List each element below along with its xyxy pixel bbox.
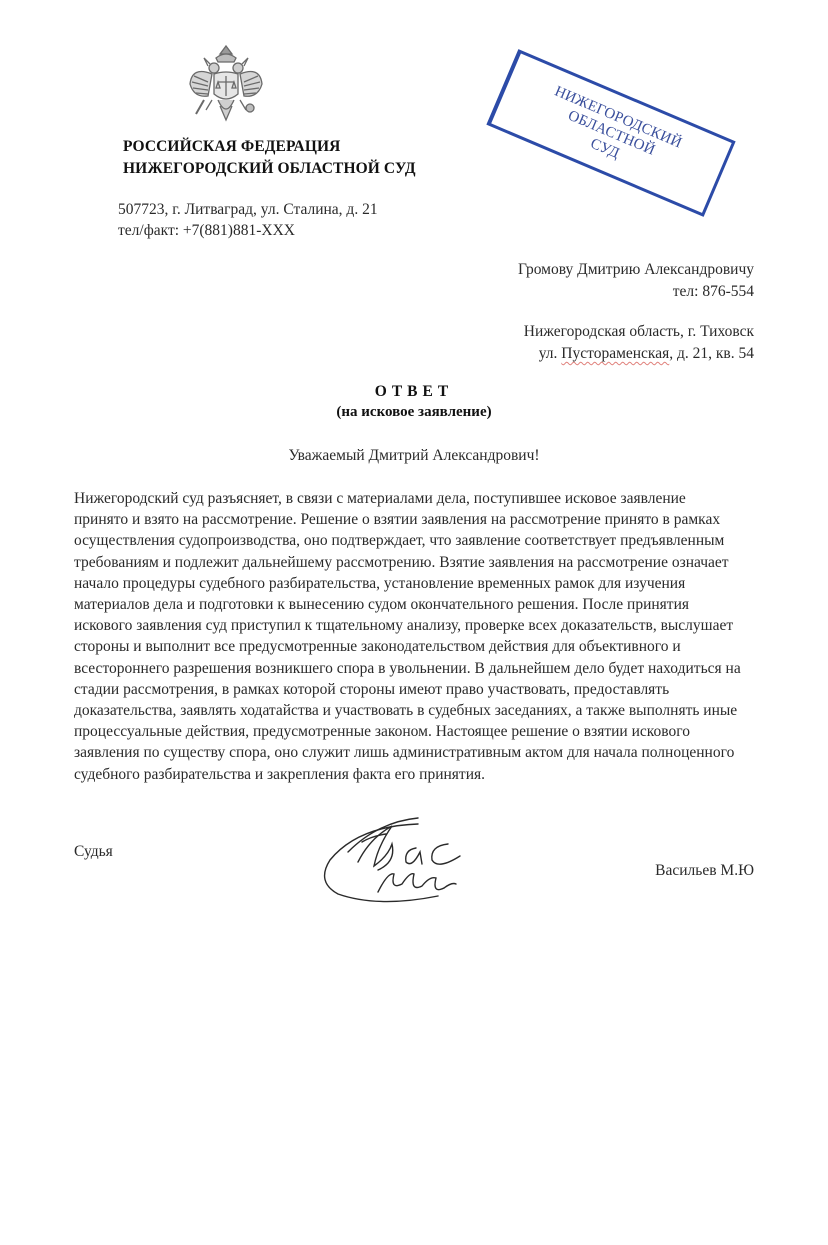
judge-name: Васильев М.Ю (655, 862, 754, 880)
body-line: принято и взято на рассмотрение. Решение… (74, 509, 764, 530)
org-court: НИЖЕГОРОДСКИЙ ОБЛАСТНОЙ СУД (123, 158, 416, 180)
greeting: Уважаемый Дмитрий Александрович! (0, 447, 828, 465)
body-line: искового заявления суд приступил к тщате… (74, 615, 764, 636)
recipient-region: Нижегородская область, г. Тиховск (524, 321, 754, 343)
court-stamp: НИЖЕГОРОДСКИЙ ОБЛАСТНОЙ СУД (486, 49, 735, 217)
body-line: осуществления судопроизводства, оно подт… (74, 530, 764, 551)
body-line: судебного разбирательства и закрепления … (74, 764, 764, 785)
recipient-block: Громову Дмитрию Александровичу тел: 876-… (518, 259, 754, 303)
body-line: процессуальные действия, предусмотренные… (74, 721, 764, 742)
signature-icon (318, 812, 493, 908)
sender-phone: тел/факт: +7(881)881-XXX (118, 220, 378, 241)
body-line: стадии рассмотрения, в рамках которой ст… (74, 679, 764, 700)
emblem-icon (186, 44, 266, 129)
stamp-line-1: НИЖЕГОРОДСКИЙ ОБЛАСТНОЙ (503, 65, 727, 186)
street-prefix: ул. (539, 345, 562, 362)
document-body: Нижегородский суд разъясняет, в связи с … (74, 488, 764, 785)
body-line: доказательства, заявлять ходатайства и у… (74, 700, 764, 721)
organization-header: РОССИЙСКАЯ ФЕДЕРАЦИЯ НИЖЕГОРОДСКИЙ ОБЛАС… (123, 136, 416, 180)
body-line: всестороннего разрешения возникшего спор… (74, 658, 764, 679)
recipient-street: ул. Пустораменская, д. 21, кв. 54 (524, 343, 754, 365)
sender-address: 507723, г. Литваград, ул. Сталина, д. 21 (118, 199, 378, 220)
judge-label: Судья (74, 843, 113, 861)
body-line: стороны и выполнит все предусмотренные з… (74, 636, 764, 657)
body-line: материалов дела и подготовки к вынесению… (74, 594, 764, 615)
street-name-spellcheck[interactable]: Пустораменская (561, 345, 669, 362)
org-country: РОССИЙСКАЯ ФЕДЕРАЦИЯ (123, 136, 416, 158)
body-line: начало процедуры судебного разбирательст… (74, 573, 764, 594)
street-suffix: , д. 21, кв. 54 (669, 345, 754, 362)
document-title: ОТВЕТ (0, 383, 828, 401)
document-subtitle: (на исковое заявление) (0, 404, 828, 421)
recipient-phone: тел: 876-554 (518, 281, 754, 303)
body-line: требованиям и подлежит дальнейшему рассм… (74, 552, 764, 573)
body-line: заявления по существу спора, оно служит … (74, 742, 764, 763)
body-line: Нижегородский суд разъясняет, в связи с … (74, 488, 764, 509)
recipient-address: Нижегородская область, г. Тиховск ул. Пу… (524, 321, 754, 365)
recipient-name: Громову Дмитрию Александровичу (518, 259, 754, 281)
sender-contact: 507723, г. Литваград, ул. Сталина, д. 21… (118, 199, 378, 241)
